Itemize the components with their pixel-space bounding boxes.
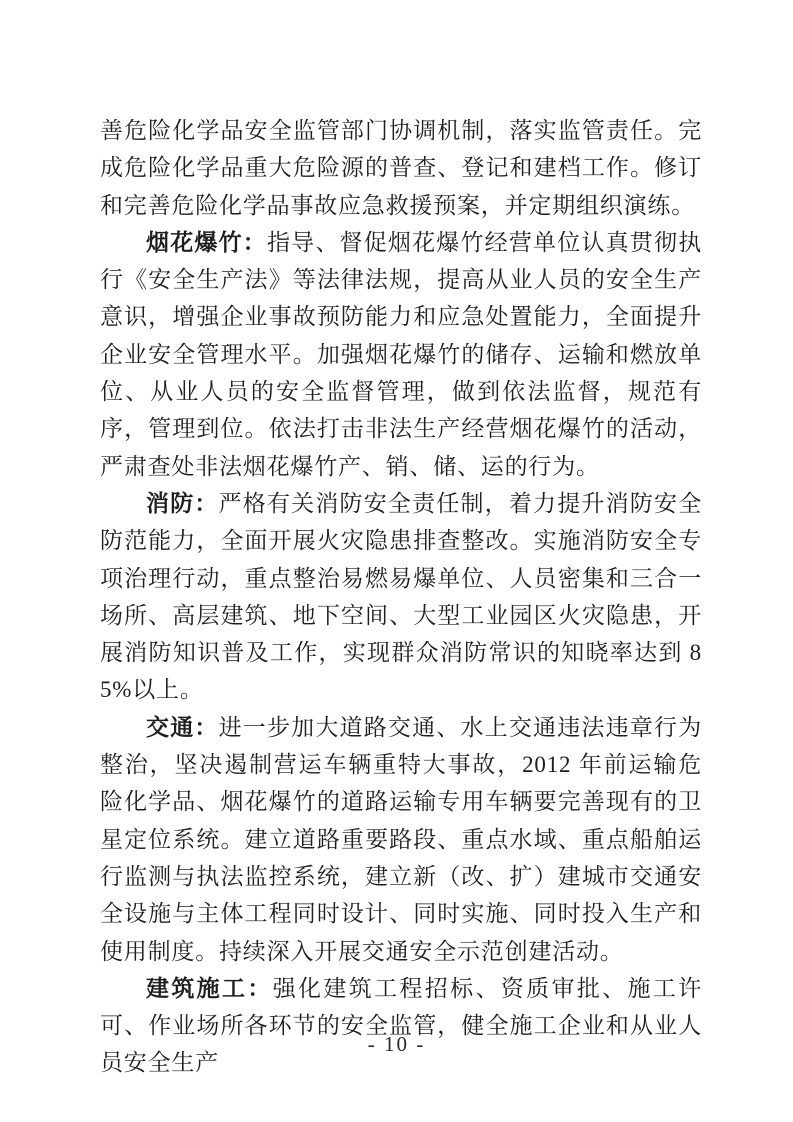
- paragraph-construction: 建筑施工：强化建筑工程招标、资质审批、施工许可、作业场所各环节的安全监管，健全施…: [100, 970, 702, 1082]
- page-number: - 10 -: [0, 1032, 793, 1057]
- paragraph-fire-safety: 消防：严格有关消防安全责任制，着力提升消防安全防范能力，全面开展火灾隐患排查整改…: [100, 485, 702, 709]
- paragraph-fireworks: 烟花爆竹：指导、督促烟花爆竹经营单位认真贯彻执行《安全生产法》等法律法规，提高从…: [100, 224, 702, 485]
- document-page: 善危险化学品安全监管部门协调机制，落实监管责任。完成危险化学品重大危险源的普查、…: [0, 0, 793, 1122]
- section-heading-construction: 建筑施工：: [146, 975, 273, 1001]
- section-heading-traffic: 交通：: [146, 714, 219, 740]
- paragraph-text: 进一步加大道路交通、水上交通违法违章行为整治，坚决遏制营运车辆重特大事故，201…: [100, 715, 702, 964]
- paragraph-text: 严格有关消防安全责任制，着力提升消防安全防范能力，全面开展火灾隐患排查整改。实施…: [100, 491, 702, 702]
- section-heading-fireworks: 烟花爆竹：: [146, 229, 267, 255]
- paragraph-text: 善危险化学品安全监管部门协调机制，落实监管责任。完成危险化学品重大危险源的普查、…: [100, 118, 702, 218]
- paragraph-text: 指导、督促烟花爆竹经营单位认真贯彻执行《安全生产法》等法律法规，提高从业人员的安…: [100, 230, 702, 479]
- paragraph-traffic: 交通：进一步加大道路交通、水上交通违法违章行为整治，坚决遏制营运车辆重特大事故，…: [100, 709, 702, 970]
- paragraph-hazardous-chemicals-continuation: 善危险化学品安全监管部门协调机制，落实监管责任。完成危险化学品重大危险源的普查、…: [100, 112, 702, 224]
- section-heading-fire-safety: 消防：: [146, 490, 219, 516]
- document-body: 善危险化学品安全监管部门协调机制，落实监管责任。完成危险化学品重大危险源的普查、…: [100, 112, 702, 1082]
